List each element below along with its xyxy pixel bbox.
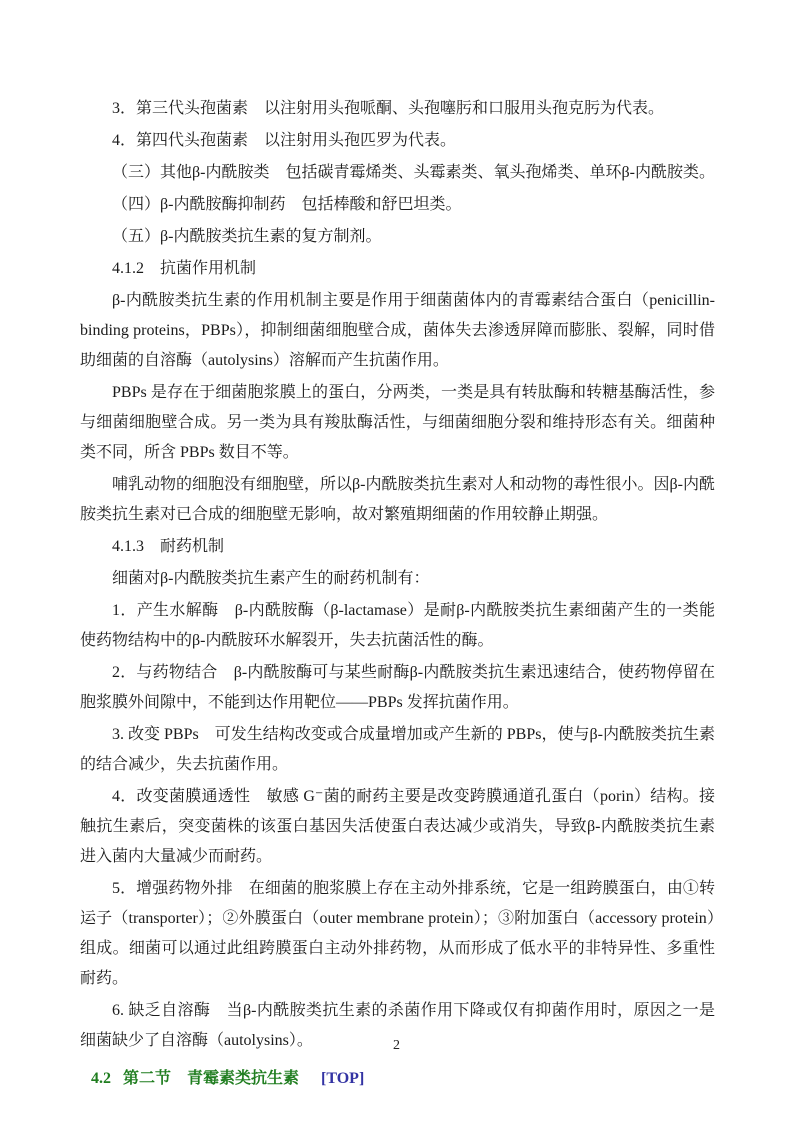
para-resistance-3-pbps-change: 3. 改变 PBPs 可发生结构改变或合成量增加或产生新的 PBPs，使与β-内… (80, 720, 715, 780)
document-body: 3．第三代头孢菌素 以注射用头孢哌酮、头孢噻肟和口服用头孢克肟为代表。 4．第四… (80, 94, 715, 1094)
para-mechanism-pbps-binding: β-内酰胺类抗生素的作用机制主要是作用于细菌菌体内的青霉素结合蛋白（penici… (80, 286, 715, 376)
section-title: 第二节 青霉素类抗生素 (123, 1070, 299, 1087)
para-resistance-intro: 细菌对β-内酰胺类抗生素产生的耐药机制有： (80, 564, 715, 594)
heading-resistance-mechanism: 4.1.3 耐药机制 (80, 532, 715, 562)
para-resistance-1-hydrolase: 1．产生水解酶 β-内酰胺酶（β-lactamase）是耐β-内酰胺类抗生素细菌… (80, 596, 715, 656)
list-item-4th-gen-cephalosporins: 4．第四代头孢菌素 以注射用头孢匹罗为代表。 (80, 126, 715, 156)
para-resistance-2-drug-binding: 2．与药物结合 β-内酰胺酶可与某些耐酶β-内酰胺类抗生素迅速结合，使药物停留在… (80, 658, 715, 718)
list-item-compound-preparations: （五）β-内酰胺类抗生素的复方制剂。 (80, 222, 715, 252)
list-item-beta-lactamase-inhibitors: （四）β-内酰胺酶抑制药 包括棒酸和舒巴坦类。 (80, 190, 715, 220)
section-number: 4.2 (91, 1070, 111, 1087)
heading-antibacterial-mechanism: 4.1.2 抗菌作用机制 (80, 254, 715, 284)
top-link[interactable]: [TOP] (321, 1070, 364, 1087)
list-item-other-beta-lactams: （三）其他β-内酰胺类 包括碳青霉烯类、头霉素类、氧头孢烯类、单环β-内酰胺类。 (80, 158, 715, 188)
para-resistance-4-membrane-permeability: 4．改变菌膜通透性 敏感 G⁻菌的耐药主要是改变跨膜通道孔蛋白（porin）结构… (80, 782, 715, 872)
para-resistance-5-efflux: 5．增强药物外排 在细菌的胞浆膜上存在主动外排系统，它是一组跨膜蛋白，由①转运子… (80, 874, 715, 994)
document-page: 3．第三代头孢菌素 以注射用头孢哌酮、头孢噻肟和口服用头孢克肟为代表。 4．第四… (0, 0, 793, 1122)
section-heading-penicillins: 4.2第二节 青霉素类抗生素[TOP] (80, 1064, 715, 1094)
page-number: 2 (0, 1036, 793, 1056)
list-item-3rd-gen-cephalosporins: 3．第三代头孢菌素 以注射用头孢哌酮、头孢噻肟和口服用头孢克肟为代表。 (80, 94, 715, 124)
para-mammal-cells-no-wall: 哺乳动物的细胞没有细胞壁，所以β-内酰胺类抗生素对人和动物的毒性很小。因β-内酰… (80, 470, 715, 530)
para-pbps-two-types: PBPs 是存在于细菌胞浆膜上的蛋白，分两类，一类是具有转肽酶和转糖基酶活性，参… (80, 378, 715, 468)
